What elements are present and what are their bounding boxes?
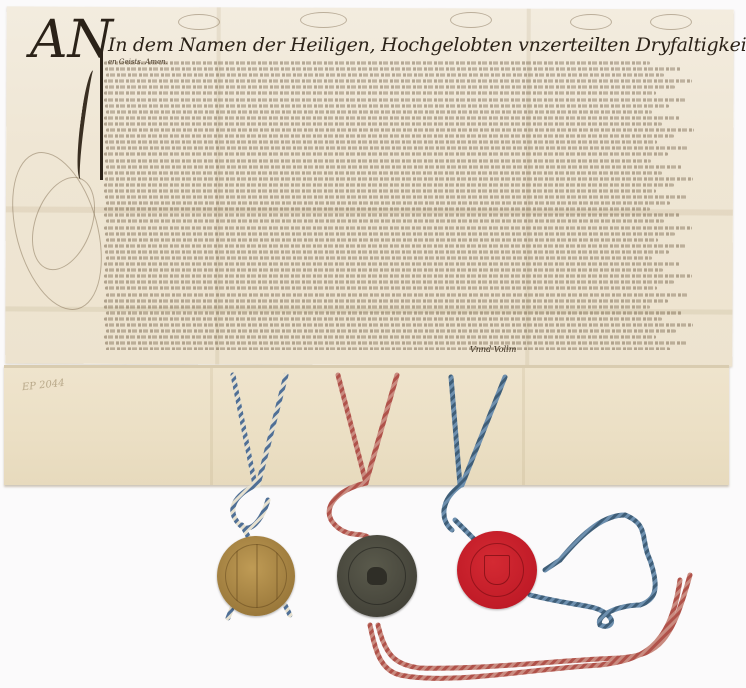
- right-seal: [457, 531, 537, 609]
- middle-seal-motif: [348, 547, 406, 605]
- middle-seal: [337, 535, 417, 617]
- lion-icon: [367, 567, 387, 585]
- middle-seal-cord: [329, 375, 690, 678]
- left-seal: [217, 536, 295, 616]
- right-seal-motif: [470, 543, 524, 597]
- shield-icon: [484, 555, 510, 585]
- left-seal-motif: [225, 544, 287, 608]
